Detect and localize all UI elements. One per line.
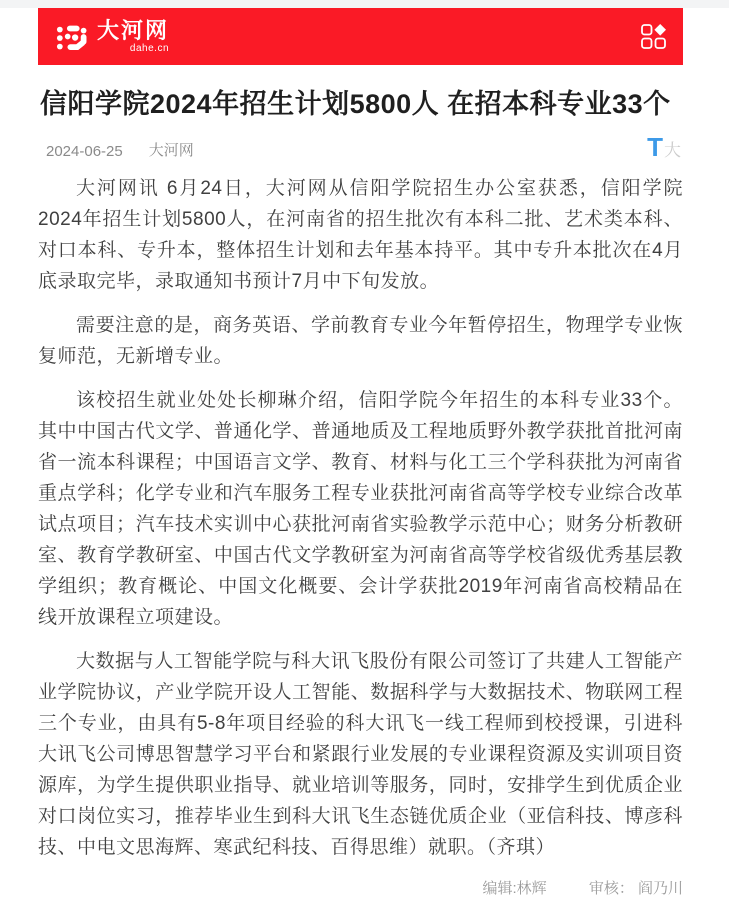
site-header: 大河网 dahe.cn <box>38 8 683 65</box>
article-meta: 2024-06-25 大河网 T 大 <box>46 134 683 160</box>
editor-credit: 编辑:林辉 <box>482 880 546 897</box>
font-size-control[interactable]: T 大 <box>647 134 681 160</box>
logo-text: 大河网 dahe.cn <box>97 20 169 54</box>
article-paragraph: 大数据与人工智能学院与科大讯飞股份有限公司签订了共建人工智能产业学院协议，产业学… <box>38 646 683 863</box>
reviewer-credit: 审核： 阎乃川 <box>589 880 683 897</box>
dahe-dots-icon <box>56 20 90 54</box>
apps-grid-button[interactable] <box>640 23 667 50</box>
article-title: 信阳学院2024年招生计划5800人 在招本科专业33个 <box>40 87 683 121</box>
article-paragraph: 大河网讯 6月24日，大河网从信阳学院招生办公室获悉，信阳学院2024年招生计划… <box>38 173 683 297</box>
publish-date: 2024-06-25 <box>46 143 123 160</box>
logo-title: 大河网 <box>97 20 169 42</box>
font-size-t-icon: T <box>647 134 663 160</box>
article-body: 大河网讯 6月24日，大河网从信阳学院招生办公室获悉，信阳学院2024年招生计划… <box>38 173 683 863</box>
article-paragraph: 需要注意的是，商务英语、学前教育专业今年暂停招生，物理学专业恢复师范，无新增专业… <box>38 310 683 372</box>
dahe-logo[interactable]: 大河网 dahe.cn <box>56 20 169 54</box>
article-footer: 编辑:林辉 审核： 阎乃川 <box>38 877 683 898</box>
page-container: 大河网 dahe.cn 信阳学院2024年招生计划5800人 在招本科专业33个… <box>38 8 683 898</box>
article: 信阳学院2024年招生计划5800人 在招本科专业33个 2024-06-25 … <box>38 87 683 898</box>
source-name: 大河网 <box>149 139 194 160</box>
font-size-da-label: 大 <box>664 142 681 160</box>
article-paragraph: 该校招生就业处处长柳琳介绍，信阳学院今年招生的本科专业33个。其中中国古代文学、… <box>38 385 683 633</box>
apps-grid-icon <box>640 23 667 50</box>
page-top-edge <box>0 0 729 8</box>
logo-subtitle: dahe.cn <box>97 44 169 54</box>
